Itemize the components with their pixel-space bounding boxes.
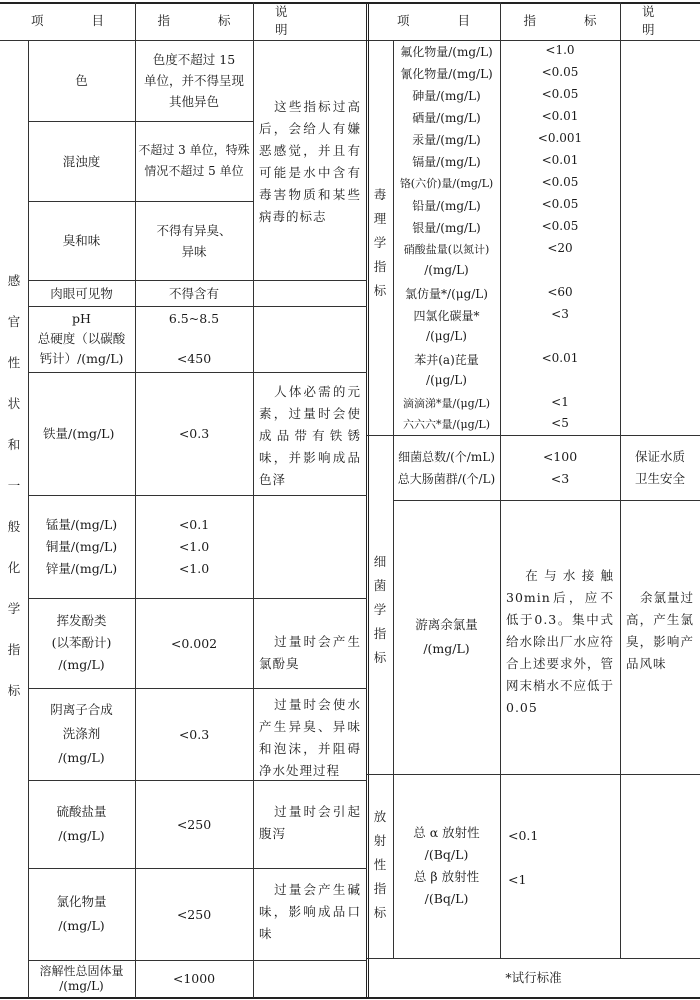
category-char: 指 (374, 877, 387, 901)
item-cell: 总 α 放射性 /(Bq/L) 总 β 放射性 /(Bq/L) (393, 774, 500, 958)
text-line: /(mg/L) (58, 914, 104, 938)
category-char: 标 (374, 279, 387, 303)
text-line: <3 (551, 468, 569, 490)
table-row: /(μg/L) (393, 373, 620, 387)
category-char: 一 (8, 465, 21, 506)
item-cell: 铁量/(mg/L) (28, 372, 135, 495)
note-iron: 人体必需的元素，过量时会使成品带有铁锈味，并影响成品色泽 (253, 381, 367, 491)
note-text: 这些指标过高后，会给人有嫌恶感觉，并且有可能是水中含有毒害物质和某些病毒的标志 (259, 99, 361, 224)
item-cell: 汞量/(mg/L) (393, 131, 500, 148)
text-line: /(Bq/L) (425, 844, 469, 866)
text-line: /(mg/L) (59, 979, 103, 994)
table-row: 氟化物量/(mg/L)<1.0 (393, 43, 620, 60)
note-chloride: 过量会产生碱味，影响成品口味 (253, 879, 367, 945)
text-line: pH (72, 309, 91, 329)
text-line: 锰量/(mg/L) (46, 514, 117, 536)
note-cell: 保证水质 卫生安全 (620, 435, 700, 500)
indicator-cell: <20 (500, 241, 620, 257)
indicator-cell: 6.5~8.5 <450 (135, 306, 253, 372)
indicator-cell: <1000 (135, 960, 253, 997)
indicator-cell: 不得含有 (135, 280, 253, 306)
text-line: 溶解性总固体量 (39, 964, 123, 979)
indicator-cell: <0.3 (135, 372, 253, 495)
indicator-cell: <0.1 <1 (500, 825, 620, 885)
indicator-cell: <1 (500, 395, 620, 411)
category-toxicology: 毒 理 学 指 标 (367, 180, 393, 305)
text-line: 其他异色 (169, 91, 219, 112)
text-line: 异味 (181, 241, 206, 262)
item-cell: 四氯化碳量* (393, 307, 500, 324)
water-quality-standards-table: 项 目 指 标 说 明 项 目 指 标 说 明 感 官 性 状 和 一 般 化 … (0, 0, 700, 1000)
item-cell: 细菌总数/(个/mL) 总大肠菌群/(个/L) (393, 435, 500, 500)
indicator-cell: 不超过 3 单位，特殊 情况不超过 5 单位 (135, 121, 253, 201)
item-cell: 氰化物量/(mg/L) (393, 65, 500, 82)
indicator-cell: 色度不超过 15 单位，并不得呈现 其他异色 (135, 40, 253, 121)
table-row: /(mg/L) (393, 263, 620, 277)
item-cell: 银量/(mg/L) (393, 219, 500, 236)
item-cell: 肉眼可见物 (28, 280, 135, 306)
table-bottom-border (0, 997, 700, 999)
category-char: 状 (8, 383, 21, 424)
category-char: 标 (8, 670, 21, 711)
indicator-cell: <0.01 (500, 351, 620, 368)
text-line: <100 (543, 446, 577, 468)
category-char: 般 (8, 506, 21, 547)
table-row: 硒量/(mg/L)<0.01 (393, 109, 620, 126)
item-cell: 硒量/(mg/L) (393, 109, 500, 126)
text-line: 硫酸盐量 (56, 800, 106, 824)
table-row: 银量/(mg/L)<0.05 (393, 219, 620, 236)
free-chlorine-indicator: 在与水接触30min后，应不低于0.3。集中式给水除出厂水应符合上述要求外，管网… (500, 565, 620, 719)
item-cell: 色 (28, 40, 135, 121)
text-line: 总硬度（以碳酸 (38, 329, 126, 349)
header-item: 项 目 (367, 0, 500, 40)
note-group1: 这些指标过高后，会给人有嫌恶感觉，并且有可能是水中含有毒害物质和某些病毒的标志 (253, 96, 367, 228)
category-char: 指 (374, 622, 387, 646)
table-row: /(μg/L) (393, 329, 620, 343)
text-line: /(mg/L) (58, 746, 104, 770)
text-line: <0.1 (179, 514, 209, 536)
item-cell: 硝酸盐量(以氮计) (393, 241, 500, 257)
category-char: 标 (374, 646, 387, 670)
indicator-cell (500, 329, 620, 343)
note-text: 过量会产生碱味，影响成品口味 (259, 882, 361, 941)
category-char: 毒 (374, 183, 387, 207)
text-line: 锌量/(mg/L) (46, 558, 117, 580)
header-item: 项 目 (0, 0, 135, 40)
indicator-cell: <0.002 (135, 598, 253, 688)
text-line: 情况不超过 5 单位 (144, 161, 243, 182)
text-line: /(Bq/L) (425, 888, 469, 910)
indicator-cell: <0.01 (500, 153, 620, 170)
category-char: 化 (8, 547, 21, 588)
table-row: 铬(六价)量/(mg/L)<0.05 (393, 175, 620, 191)
item-cell: 苯并(a)芘量 (393, 351, 500, 368)
item-cell: 锰量/(mg/L) 铜量/(mg/L) 锌量/(mg/L) (28, 495, 135, 598)
indicator-cell (500, 373, 620, 387)
category-char: 标 (374, 901, 387, 925)
text-line: <0.1 (508, 825, 538, 847)
text-line: (以苯酚计) (52, 632, 112, 654)
footnote: *试行标准 (367, 958, 700, 997)
item-cell: 溶解性总固体量 /(mg/L) (28, 960, 135, 997)
note-text: 人体必需的元素，过量时会使成品带有铁锈味，并影响成品色泽 (259, 384, 361, 487)
table-row: 四氯化碳量*<3 (393, 307, 620, 324)
indicator-cell: <0.01 (500, 109, 620, 126)
text-line: 保证水质 (635, 446, 685, 468)
note-detergent: 过量时会使水产生异臭、异味和泡沫，并阻碍净水处理过程 (253, 694, 367, 782)
category-char: 学 (8, 588, 21, 629)
text-line: <450 (177, 349, 211, 369)
text-line: <1.0 (179, 536, 209, 558)
text-line: 总大肠菌群/(个/L) (398, 468, 495, 490)
category-sensory-general-chemical: 感 官 性 状 和 一 般 化 学 指 标 (0, 275, 28, 695)
text-line: 色度不超过 15 (153, 49, 235, 70)
item-cell: pH 总硬度（以碳酸 钙计）/(mg/L) (28, 306, 135, 372)
text-line: /(mg/L) (58, 654, 104, 676)
text-line: 卫生安全 (635, 468, 685, 490)
header-indicator: 指 标 (135, 0, 253, 40)
indicator-cell: <0.05 (500, 197, 620, 214)
indicator-cell: <0.001 (500, 131, 620, 148)
text-line: 单位，并不得呈现 (144, 70, 244, 91)
indicator-cell: <100 <3 (500, 435, 620, 500)
item-cell: 挥发酚类 (以苯酚计) /(mg/L) (28, 598, 135, 688)
table-row: 苯并(a)芘量<0.01 (393, 351, 620, 368)
indicator-cell: <60 (500, 285, 620, 302)
text-line: 总 β 放射性 (414, 866, 479, 888)
indicator-cell: <0.1 <1.0 <1.0 (135, 495, 253, 598)
text-line: 游离余氯量 (415, 613, 478, 637)
category-char: 和 (8, 424, 21, 465)
item-cell: /(mg/L) (393, 263, 500, 277)
category-char: 学 (374, 598, 387, 622)
item-cell: 氯化物量 /(mg/L) (28, 868, 135, 960)
item-cell: 氯仿量*/(μg/L) (393, 285, 500, 302)
indicator-cell: <0.3 (135, 688, 253, 780)
indicator-cell: <1.0 (500, 43, 620, 60)
table-row: 硝酸盐量(以氮计)<20 (393, 241, 620, 257)
indicator-cell: <0.05 (500, 219, 620, 236)
category-char: 官 (8, 301, 21, 342)
table-row: 氰化物量/(mg/L)<0.05 (393, 65, 620, 82)
text-line: 不超过 3 单位，特殊 (138, 140, 249, 161)
category-char: 放 (374, 805, 387, 829)
category-char: 感 (8, 260, 21, 301)
indicator-cell: <250 (135, 780, 253, 868)
table-row: 氯仿量*/(μg/L)<60 (393, 285, 620, 302)
note-text: 过量时会引起腹泻 (259, 804, 361, 841)
text-line: 氯化物量 (56, 890, 106, 914)
category-char: 理 (374, 207, 387, 231)
category-radioactivity: 放 射 性 指 标 (367, 805, 393, 925)
indicator-cell: <250 (135, 868, 253, 960)
item-cell: 铬(六价)量/(mg/L) (393, 175, 500, 191)
item-cell: /(μg/L) (393, 373, 500, 387)
item-cell: 砷量/(mg/L) (393, 87, 500, 104)
indicator-cell: <0.05 (500, 87, 620, 104)
category-char: 性 (374, 853, 387, 877)
category-bacteriology: 细 菌 学 指 标 (367, 550, 393, 670)
item-cell: 阴离子合成 洗涤剂 /(mg/L) (28, 688, 135, 780)
item-cell: 滴滴涕*量/(μg/L) (393, 395, 500, 411)
note-text: 在与水接触30min后，应不低于0.3。集中式给水除出厂水应符合上述要求外，管网… (506, 568, 614, 715)
header-note: 说 明 (620, 0, 700, 40)
item-cell: 游离余氯量 /(mg/L) (393, 500, 500, 774)
category-char: 射 (374, 829, 387, 853)
note-phenol: 过量时会产生氯酚臭 (253, 631, 367, 675)
item-cell: 臭和味 (28, 201, 135, 280)
item-cell: 混浊度 (28, 121, 135, 201)
text-line: /(mg/L) (423, 637, 469, 661)
text-line: 挥发酚类 (56, 610, 106, 632)
note-text: 过量时会产生氯酚臭 (259, 634, 361, 671)
text-line: 总 α 放射性 (413, 822, 479, 844)
header-indicator: 指 标 (500, 0, 620, 40)
table-row: 六六六*量/(μg/L)<5 (393, 416, 620, 432)
category-char: 性 (8, 342, 21, 383)
category-char: 指 (374, 255, 387, 279)
text-line: 洗涤剂 (63, 722, 101, 746)
text-line: 钙计）/(mg/L) (40, 349, 124, 369)
indicator-cell: <0.05 (500, 65, 620, 82)
item-cell: 铅量/(mg/L) (393, 197, 500, 214)
category-char: 学 (374, 231, 387, 255)
item-cell: 六六六*量/(μg/L) (393, 416, 500, 432)
table-row: 滴滴涕*量/(μg/L)<1 (393, 395, 620, 411)
text-line: 铜量/(mg/L) (46, 536, 117, 558)
note-text: 过量时会使水产生异臭、异味和泡沫，并阻碍净水处理过程 (259, 697, 361, 778)
item-cell: 镉量/(mg/L) (393, 153, 500, 170)
note-text: 余氯量过高，产生氯臭，影响产品风味 (626, 590, 694, 671)
text-line: /(mg/L) (58, 824, 104, 848)
table-row: 镉量/(mg/L)<0.01 (393, 153, 620, 170)
free-chlorine-note: 余氯量过高，产生氯臭，影响产品风味 (620, 587, 700, 675)
text-line: <1 (508, 869, 526, 891)
header-note: 说 明 (253, 0, 367, 40)
category-char: 指 (8, 629, 21, 670)
item-cell: 氟化物量/(mg/L) (393, 43, 500, 60)
note-sulfate: 过量时会引起腹泻 (253, 801, 367, 845)
item-cell: /(μg/L) (393, 329, 500, 343)
indicator-cell: <5 (500, 416, 620, 432)
text-line: 不得有异臭、 (156, 220, 231, 241)
text-line: 细菌总数/(个/mL) (398, 446, 495, 468)
indicator-cell (500, 263, 620, 277)
indicator-cell: 不得有异臭、 异味 (135, 201, 253, 280)
text-line: <1.0 (179, 558, 209, 580)
indicator-cell: <0.05 (500, 175, 620, 191)
text-line: 阴离子合成 (50, 698, 113, 722)
table-row: 砷量/(mg/L)<0.05 (393, 87, 620, 104)
item-cell: 硫酸盐量 /(mg/L) (28, 780, 135, 868)
indicator-cell: <3 (500, 307, 620, 324)
category-char: 菌 (374, 574, 387, 598)
table-row: 铅量/(mg/L)<0.05 (393, 197, 620, 214)
category-char: 细 (374, 550, 387, 574)
text-line: 6.5~8.5 (169, 309, 219, 329)
table-row: 汞量/(mg/L)<0.001 (393, 131, 620, 148)
